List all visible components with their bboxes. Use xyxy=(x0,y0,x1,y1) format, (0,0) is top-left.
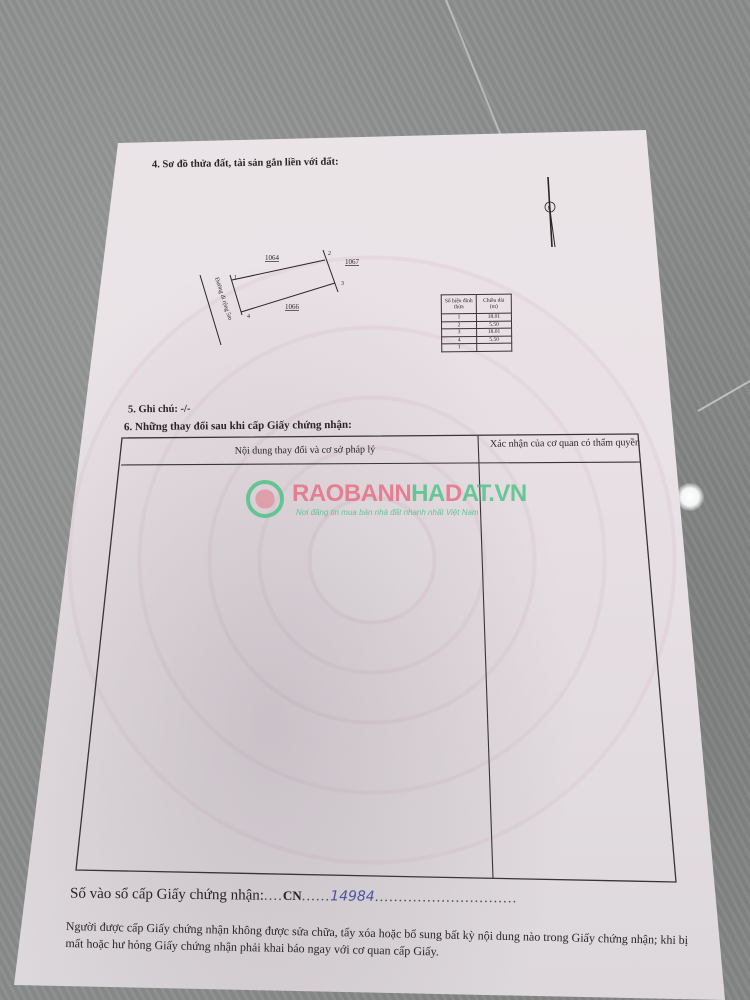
table-cell: 1 xyxy=(442,343,477,351)
neighbor-plot-right: 1067 xyxy=(345,258,360,266)
building-logo-icon xyxy=(246,480,284,518)
raobannhadat-watermark: RAOBANNHADAT.VN Nơi đăng tin mua bán nhà… xyxy=(246,478,516,528)
plot-diagram: 1 2 3 4 1064 1067 1066 Đường đi rộng 5m xyxy=(190,240,400,350)
registry-label: Số vào sổ cấp Giấy chứng nhận: xyxy=(70,886,264,904)
registry-number: 14984 xyxy=(330,888,375,904)
vertex-1: 1 xyxy=(234,275,237,281)
road-label: Đường đi rộng 5m xyxy=(213,277,233,322)
compass-letter: B xyxy=(548,207,552,212)
table-cell xyxy=(477,343,512,351)
floor-tile-seam xyxy=(698,350,750,412)
neighbor-plot-bottom: 1066 xyxy=(285,303,300,311)
vertex-4: 4 xyxy=(247,314,250,320)
watermark-brand: RAOBANNHADAT.VN xyxy=(292,480,527,508)
section-6-heading: 6. Những thay đổi sau khi cấp Giấy chứng… xyxy=(124,419,352,433)
column-header-authority-confirmation: Xác nhận của cơ quan có thẩm quyền xyxy=(490,437,640,450)
watermark-tagline: Nơi đăng tin mua bán nhà đất nhanh nhất … xyxy=(296,508,479,517)
neighbor-plot-top: 1064 xyxy=(265,254,280,262)
registry-prefix: CN xyxy=(283,888,302,903)
column-header-change-content: Nội dung thay đổi và cơ sở pháp lý xyxy=(215,444,395,457)
edge-length-table: Số hiệu đỉnh thửa Chiều dài (m) 118.01 2… xyxy=(441,294,513,352)
vertex-2: 2 xyxy=(328,251,331,257)
vertex-3: 3 xyxy=(341,281,344,287)
col-header-length: Chiều dài (m) xyxy=(476,294,511,313)
section-5-notes: 5. Ghi chú: -/- xyxy=(128,404,191,416)
col-header-vertex: Số hiệu đỉnh thửa xyxy=(441,295,476,314)
north-arrow-icon: B xyxy=(535,175,565,250)
